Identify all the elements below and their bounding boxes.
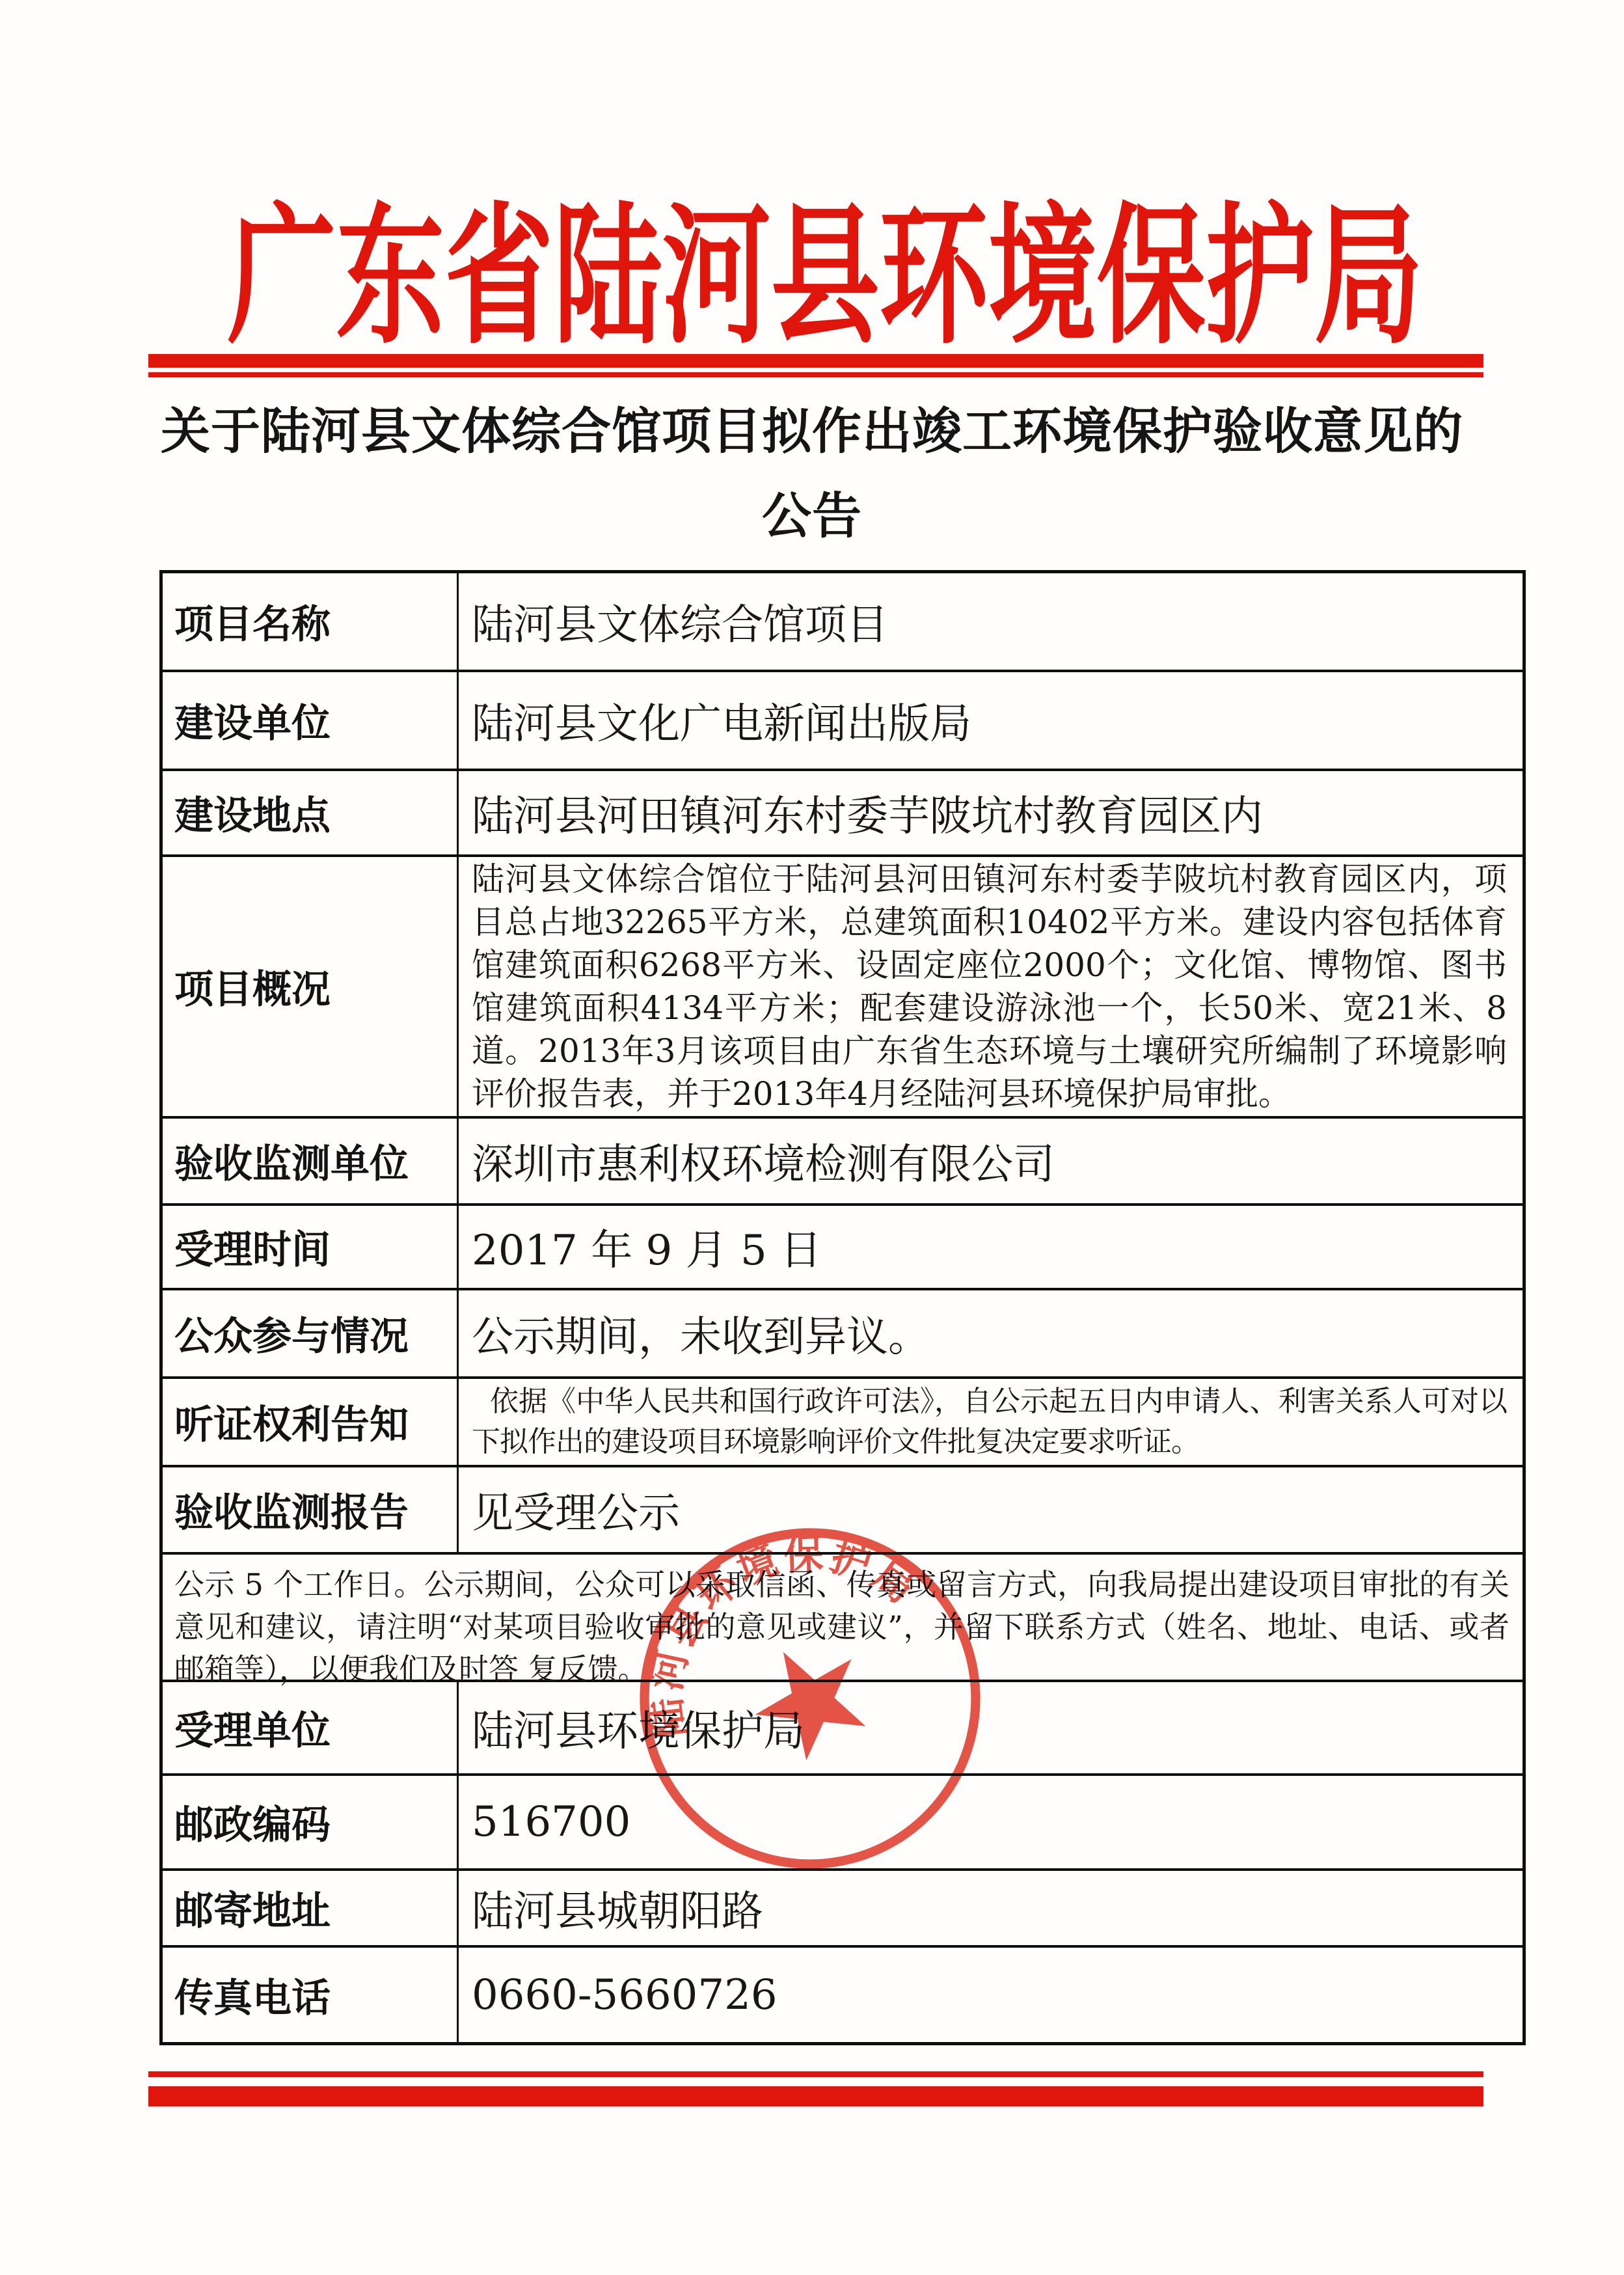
table-row-acceptance-date: 受理时间 2017 年 9 月 5 日 bbox=[163, 1206, 1522, 1290]
table-row-monitoring-report: 验收监测报告 见受理公示 bbox=[163, 1467, 1522, 1555]
table-row-monitoring-unit: 验收监测单位 深圳市惠利权环境检测有限公司 bbox=[163, 1119, 1522, 1206]
row-label: 听证权利告知 bbox=[163, 1379, 459, 1465]
row-label: 受理单位 bbox=[163, 1682, 459, 1773]
table-row-notice: 公示 5 个工作日。公示期间，公众可以采取信函、传真或留言方式，向我局提出建设项… bbox=[163, 1555, 1522, 1682]
row-value: 陆河县河田镇河东村委芋陂坑村教育园区内 bbox=[459, 771, 1522, 854]
row-value: 深圳市惠利权环境检测有限公司 bbox=[459, 1119, 1522, 1203]
row-value: 依据《中华人民共和国行政许可法》，自公示起五日内申请人、利害关系人可对以下拟作出… bbox=[459, 1379, 1522, 1465]
footer-rule-thick bbox=[148, 2086, 1483, 2106]
row-label: 验收监测单位 bbox=[163, 1119, 459, 1203]
masthead-rule-thin bbox=[148, 372, 1483, 377]
row-label: 项目名称 bbox=[163, 573, 459, 670]
footer-rule-thin bbox=[148, 2071, 1483, 2077]
table-row-postal-code: 邮政编码 516700 bbox=[163, 1776, 1522, 1871]
table-row-public-participation: 公众参与情况 公示期间，未收到异议。 bbox=[163, 1290, 1522, 1379]
masthead-rule-thick bbox=[148, 354, 1483, 368]
table-row-hearing-rights: 听证权利告知 依据《中华人民共和国行政许可法》，自公示起五日内申请人、利害关系人… bbox=[163, 1379, 1522, 1467]
table-row-project-name: 项目名称 陆河县文体综合馆项目 bbox=[163, 573, 1522, 672]
row-value: 陆河县文化广电新闻出版局 bbox=[459, 672, 1522, 769]
announcement-title-line1: 关于陆河县文体综合馆项目拟作出竣工环境保护验收意见的 bbox=[0, 405, 1624, 459]
row-value: 0660-5660726 bbox=[459, 1948, 1522, 2042]
table-row-construction-site: 建设地点 陆河县河田镇河东村委芋陂坑村教育园区内 bbox=[163, 771, 1522, 857]
table-row-construction-unit: 建设单位 陆河县文化广电新闻出版局 bbox=[163, 672, 1522, 771]
table-row-project-overview: 项目概况 陆河县文体综合馆位于陆河县河田镇河东村委芋陂坑村教育园区内，项目总占地… bbox=[163, 857, 1522, 1119]
row-value: 见受理公示 bbox=[459, 1467, 1522, 1552]
notice-text: 公示 5 个工作日。公示期间，公众可以采取信函、传真或留言方式，向我局提出建设项… bbox=[163, 1555, 1522, 1680]
row-label: 项目概况 bbox=[163, 857, 459, 1116]
row-value: 陆河县文体综合馆项目 bbox=[459, 573, 1522, 670]
row-value: 公示期间，未收到异议。 bbox=[459, 1290, 1522, 1376]
table-row-fax-number: 传真电话 0660-5660726 bbox=[163, 1948, 1522, 2042]
org-title: 广东省陆河县环境保护局 bbox=[227, 200, 1396, 351]
row-label: 邮政编码 bbox=[163, 1776, 459, 1868]
row-value: 陆河县环境保护局 bbox=[459, 1682, 1522, 1773]
announcement-title-line2: 公告 bbox=[0, 489, 1624, 544]
row-value: 陆河县城朝阳路 bbox=[459, 1871, 1522, 1945]
row-label: 邮寄地址 bbox=[163, 1871, 459, 1945]
document-page: 广东省陆河县环境保护局 关于陆河县文体综合馆项目拟作出竣工环境保护验收意见的 公… bbox=[0, 0, 1624, 2275]
row-label: 公众参与情况 bbox=[163, 1290, 459, 1376]
table-row-accepting-unit: 受理单位 陆河县环境保护局 bbox=[163, 1682, 1522, 1776]
row-label: 验收监测报告 bbox=[163, 1467, 459, 1552]
row-label: 传真电话 bbox=[163, 1948, 459, 2042]
row-label: 建设单位 bbox=[163, 672, 459, 769]
row-value: 陆河县文体综合馆位于陆河县河田镇河东村委芋陂坑村教育园区内，项目总占地32265… bbox=[459, 857, 1522, 1116]
row-label: 受理时间 bbox=[163, 1206, 459, 1288]
info-table: 项目名称 陆河县文体综合馆项目 建设单位 陆河县文化广电新闻出版局 建设地点 陆… bbox=[159, 570, 1526, 2045]
row-value: 2017 年 9 月 5 日 bbox=[459, 1206, 1522, 1288]
table-row-mailing-address: 邮寄地址 陆河县城朝阳路 bbox=[163, 1871, 1522, 1948]
row-label: 建设地点 bbox=[163, 771, 459, 854]
row-value: 516700 bbox=[459, 1776, 1522, 1868]
